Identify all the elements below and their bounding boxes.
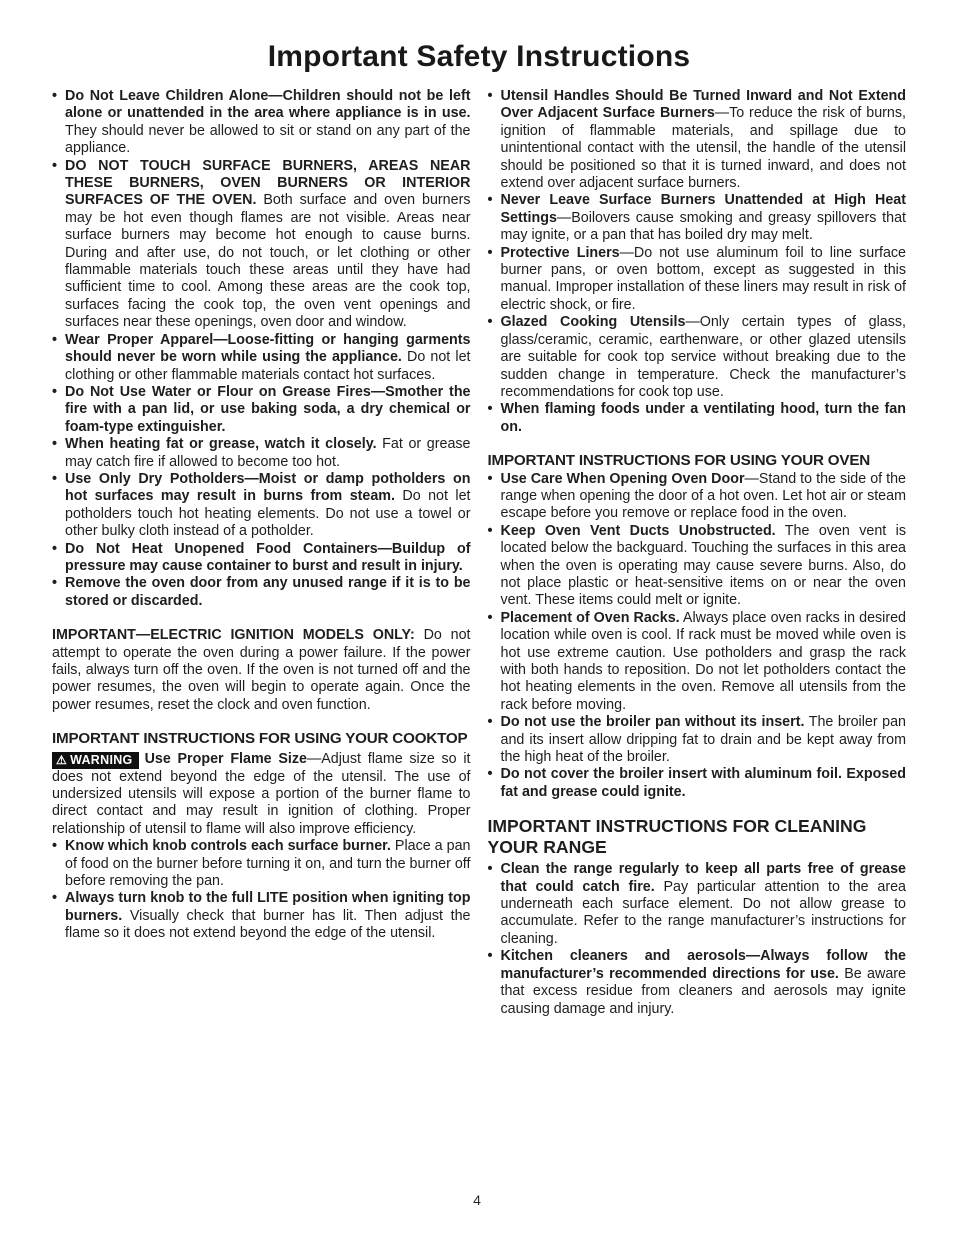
list-item: Keep Oven Vent Ducts Unobstructed. The o…: [488, 523, 907, 610]
bullet-body-text: They should never be allowed to sit or s…: [65, 123, 471, 156]
list-item: Do Not Leave Children Alone—Children sho…: [52, 88, 471, 158]
two-column-layout: Do Not Leave Children Alone—Children sho…: [52, 88, 906, 1018]
bullet-bold-text: Remove the oven door from any unused ran…: [65, 575, 471, 608]
list-item: Do not use the broiler pan without its i…: [488, 714, 907, 766]
bullet-body-text: Visually check that burner has lit. Then…: [65, 908, 471, 941]
list-item: When flaming foods under a ventilating h…: [488, 401, 907, 436]
bullet-bold-text: Know which knob controls each surface bu…: [65, 838, 391, 854]
list-item: Use Only Dry Potholders—Moist or damp po…: [52, 471, 471, 541]
warning-icon: ⚠: [56, 753, 67, 767]
bullet-bold-text: Do not cover the broiler insert with alu…: [501, 766, 907, 799]
right-column: Utensil Handles Should Be Turned Inward …: [488, 88, 907, 1018]
list-item: Remove the oven door from any unused ran…: [52, 575, 471, 610]
bullet-bold-text: Protective Liners: [501, 245, 620, 261]
bullet-bold-text: Do Not Leave Children Alone—Children sho…: [65, 88, 471, 121]
list-item: Kitchen cleaners and aerosols—Always fol…: [488, 948, 907, 1018]
bullet-bold-text: Glazed Cooking Utensils: [501, 314, 686, 330]
safety-bullet-list-right: Utensil Handles Should Be Turned Inward …: [488, 88, 907, 436]
warning-paragraph: ⚠WARNINGUse Proper Flame Size—Adjust fla…: [52, 751, 471, 839]
bullet-bold-text: When flaming foods under a ventilating h…: [501, 401, 907, 434]
list-item: Utensil Handles Should Be Turned Inward …: [488, 88, 907, 192]
bullet-body-text: —Boilovers cause smoking and greasy spil…: [501, 210, 907, 243]
oven-section-heading: IMPORTANT INSTRUCTIONS FOR USING YOUR OV…: [488, 452, 907, 469]
list-item: Do Not Use Water or Flour on Grease Fire…: [52, 384, 471, 436]
bullet-bold-text: Do Not Use Water or Flour on Grease Fire…: [65, 384, 471, 435]
cooktop-section-heading: IMPORTANT INSTRUCTIONS FOR USING YOUR CO…: [52, 730, 471, 747]
cleaning-section-heading: IMPORTANT INSTRUCTIONS FOR CLEANING YOUR…: [488, 816, 907, 858]
page-number: 4: [0, 1192, 954, 1208]
list-item: Never Leave Surface Burners Unattended a…: [488, 192, 907, 244]
bullet-bold-text: Do not use the broiler pan without its i…: [501, 714, 805, 730]
electric-ignition-note: IMPORTANT—ELECTRIC IGNITION MODELS ONLY:…: [52, 627, 471, 714]
bullet-bold-text: Use Care When Opening Oven Door: [501, 471, 745, 487]
bullet-bold-text: Placement of Oven Racks.: [501, 610, 680, 626]
list-item: Always turn knob to the full LITE positi…: [52, 890, 471, 942]
list-item: Use Care When Opening Oven Door—Stand to…: [488, 471, 907, 523]
cleaning-bullet-list: Clean the range regularly to keep all pa…: [488, 861, 907, 1018]
list-item: Wear Proper Apparel—Loose-fitting or han…: [52, 332, 471, 384]
list-item: Know which knob controls each surface bu…: [52, 838, 471, 890]
safety-bullet-list-left: Do Not Leave Children Alone—Children sho…: [52, 88, 471, 610]
warning-badge: ⚠WARNING: [52, 752, 139, 769]
bullet-bold-text: Do Not Heat Unopened Food Containers—Bui…: [65, 541, 471, 574]
list-item: Do Not Heat Unopened Food Containers—Bui…: [52, 541, 471, 576]
list-item: Do not cover the broiler insert with alu…: [488, 766, 907, 801]
list-item: When heating fat or grease, watch it clo…: [52, 436, 471, 471]
page-title: Important Safety Instructions: [52, 40, 906, 74]
bullet-bold-text: When heating fat or grease, watch it clo…: [65, 436, 377, 452]
list-item: DO NOT TOUCH SURFACE BURNERS, AREAS NEAR…: [52, 158, 471, 332]
list-item: Placement of Oven Racks. Always place ov…: [488, 610, 907, 714]
oven-bullet-list: Use Care When Opening Oven Door—Stand to…: [488, 471, 907, 802]
warning-bold-text: Use Proper Flame Size: [145, 751, 307, 767]
left-column: Do Not Leave Children Alone—Children sho…: [52, 88, 471, 1018]
bullet-body-text: Both surface and oven burners may be hot…: [65, 192, 471, 330]
list-item: Clean the range regularly to keep all pa…: [488, 861, 907, 948]
cooktop-bullet-list: Know which knob controls each surface bu…: [52, 838, 471, 942]
manual-page: Important Safety Instructions Do Not Lea…: [0, 0, 954, 1018]
list-item: Glazed Cooking Utensils—Only certain typ…: [488, 314, 907, 401]
warning-badge-label: WARNING: [70, 753, 133, 767]
list-item: Protective Liners—Do not use aluminum fo…: [488, 245, 907, 315]
note-bold-text: IMPORTANT—ELECTRIC IGNITION MODELS ONLY:: [52, 627, 415, 643]
bullet-bold-text: Keep Oven Vent Ducts Unobstructed.: [501, 523, 776, 539]
